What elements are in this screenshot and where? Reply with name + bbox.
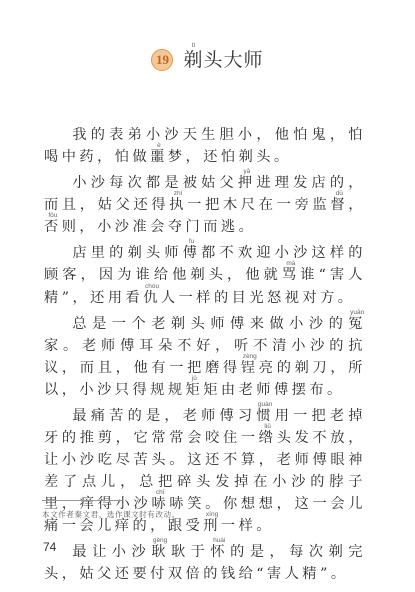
page-number: 74 xyxy=(43,540,56,554)
char-with-pinyin: 傅fu xyxy=(183,245,201,261)
pinyin-annotation: dū xyxy=(330,190,348,197)
char-with-pinyin: 冤yuān xyxy=(348,316,366,332)
char-with-pinyin: 否fǒu xyxy=(44,219,62,235)
text-run: 梦，还怕剃头。 xyxy=(168,149,292,165)
text-run: 最让小沙 xyxy=(72,544,151,560)
char-with-pinyin: 押yā xyxy=(238,175,256,191)
text-run: ， xyxy=(348,197,366,213)
pinyin-annotation: huái xyxy=(210,537,228,544)
pinyin-annotation: jǔ xyxy=(186,375,204,382)
pinyin-annotation: yā xyxy=(238,168,256,175)
pinyin-annotation: guàn xyxy=(256,401,274,408)
char-with-pinyin: 惯guàn xyxy=(256,408,274,424)
char-with-pinyin: 督dū xyxy=(330,197,348,213)
text-run: 耿于 xyxy=(171,544,210,560)
char-with-pinyin: 绺liǔ xyxy=(259,430,277,446)
text-run: 矩由老师傅摆布。 xyxy=(203,382,345,398)
text-run: 最痛苦的是，老师傅习 xyxy=(72,408,256,424)
title-pinyin: tì xyxy=(183,43,203,49)
pinyin-annotation: fǒu xyxy=(44,212,62,219)
text-run: 小沙每次都是被姑父 xyxy=(72,175,238,191)
pinyin-annotation: fu xyxy=(183,238,201,245)
char-with-pinyin: 噩è xyxy=(150,149,168,165)
char-with-pinyin: 刑xíng xyxy=(203,518,221,534)
text-run: 则，小沙准会夺门而逃。 xyxy=(62,219,257,235)
pinyin-annotation: zhí xyxy=(169,190,187,197)
title-char: 剃 xyxy=(183,49,203,71)
char-with-pinyin: 仇chóu xyxy=(143,290,161,306)
pinyin-annotation: xíng xyxy=(203,511,221,518)
pinyin-annotation: è xyxy=(150,142,168,149)
pinyin-annotation: yuān xyxy=(348,309,366,316)
text-run: 总是一个老剃头师傅来做小沙的 xyxy=(72,316,348,332)
paragraph: 总是一个老剃头师傅来做小沙的冤yuān家。老师傅耳朵不好，听不清小沙的抗议，而且… xyxy=(44,309,366,401)
char-with-pinyin: 执zhí xyxy=(169,197,187,213)
text-run: 人一样的目光怒视对方。 xyxy=(161,290,356,306)
pinyin-annotation: mà xyxy=(282,260,300,267)
char-with-pinyin: 耿gěng xyxy=(151,544,171,560)
char-with-pinyin: 骂mà xyxy=(282,267,300,283)
title-rest: 头大师 xyxy=(204,49,264,71)
paragraph: 最让小沙耿gěng耿于怀huái的是，每次剃完头，姑父还要付双倍的钱给“害人精”… xyxy=(44,537,366,585)
lesson-title: 剃tì头大师 xyxy=(183,43,263,70)
pinyin-annotation: chī xyxy=(151,489,169,496)
footnote-divider xyxy=(42,500,122,501)
pinyin-annotation: chóu xyxy=(143,283,161,290)
text-run: 店里的剃头师 xyxy=(72,245,182,261)
footnote: 本文作者秦文君，选作课文时有改动。 xyxy=(42,509,180,521)
char-with-pinyin: 怀huái xyxy=(210,544,230,560)
title-char-with-pinyin: 剃tì xyxy=(183,49,203,71)
char-with-pinyin: 锃zèng xyxy=(241,360,259,376)
pinyin-annotation: liǔ xyxy=(259,423,277,430)
lesson-number-badge: 19 xyxy=(151,49,173,71)
paragraph: 小沙每次都是被姑父押yā进理发店的，而且，姑父还得执zhí一把木尺在一旁监督dū… xyxy=(44,168,366,238)
lesson-header: 19 剃tì头大师 xyxy=(0,36,415,76)
char-with-pinyin: 矩jǔ xyxy=(186,382,204,398)
pinyin-annotation: gěng xyxy=(151,537,169,544)
text-run: 一样。 xyxy=(221,518,274,534)
paragraph: 我的表弟小沙天生胆小，他怕鬼，怕喝中药，怕做噩è梦，还怕剃头。 xyxy=(44,124,366,168)
paragraph: 店里的剃头师傅fu都不欢迎小沙这样的顾客，因为谁给他剃头，他就骂mà谁“害人精”… xyxy=(44,238,366,309)
pinyin-annotation: zèng xyxy=(241,353,259,360)
text-run: 一把木尺在一旁监 xyxy=(187,197,330,213)
